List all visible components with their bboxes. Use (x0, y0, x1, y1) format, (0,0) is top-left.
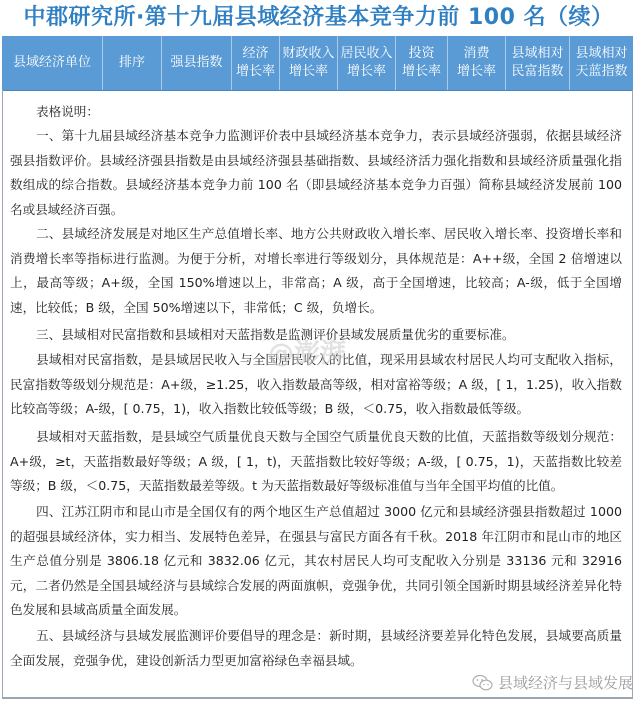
table-header-row: 县域经济单位 排序 强县指数 经济 增长率 财政收入 增长率 居民收入 增长率 … (2, 36, 633, 91)
note-text-3a: 县域相对民富指数，是县域居民收入与全国居民收入的比值，现采用县域农村居民人均可支… (10, 352, 622, 416)
col-header-fiscal-growth: 财政收入 增长率 (280, 36, 338, 90)
page-title: 中郡研究所·第十九届县域经济基本竞争力前 100 名（续） (0, 0, 637, 36)
col-header-wealth-index: 县域相对 民富指数 (506, 36, 570, 90)
note-paragraph-5: 五、县域经济与县域发展监测评价要倡导的理念是：新时期，县域经济要差异化特色发展，… (10, 624, 622, 673)
note-text-3: 三、县域相对民富指数和县域相对天蓝指数是监测评价县域发展质量优劣的重要标准。 (36, 327, 515, 342)
col-header-consumption-growth: 消费 增长率 (448, 36, 506, 90)
col-header-county-unit: 县域经济单位 (2, 36, 103, 90)
note-text-1: 一、第十九届县域经济基本竞争力监测评价表中县域经济基本竞争力，表示县域经济强弱，… (10, 128, 622, 217)
col-header-economic-growth: 经济 增长率 (232, 36, 280, 90)
col-header-bluesky-index: 县域相对 天蓝指数 (570, 36, 633, 90)
notes-heading: 表格说明： (10, 100, 622, 125)
col-header-income-growth: 居民收入 增长率 (338, 36, 396, 90)
col-header-rank: 排序 (103, 36, 162, 90)
note-text-3b: 县域相对天蓝指数，是县域空气质量优良天数与全国空气质量优良天数的比值，天蓝指数等… (10, 429, 622, 493)
note-paragraph-1: 一、第十九届县域经济基本竞争力监测评价表中县域经济基本竞争力，表示县域经济强弱，… (10, 124, 622, 222)
watermark-account-name: 县域经济与县域发展 (498, 672, 633, 693)
col-header-strong-county-index: 强县指数 (162, 36, 232, 90)
note-paragraph-4: 四、江苏江阴市和昆山市是全国仅有的两个地区生产总值超过 3000 亿元和县域经济… (10, 500, 622, 623)
note-paragraph-3b: 县域相对天蓝指数，是县域空气质量优良天数与全国空气质量优良天数的比值，天蓝指数等… (10, 425, 622, 499)
note-paragraph-2: 二、县域经济发展是对地区生产总值增长率、地方公共财政收入增长率、居民收入增长率、… (10, 222, 622, 320)
note-paragraph-3: 三、县域相对民富指数和县域相对天蓝指数是监测评价县域发展质量优劣的重要标准。 (10, 323, 622, 348)
note-text-4: 四、江苏江阴市和昆山市是全国仅有的两个地区生产总值超过 3000 亿元和县域经济… (10, 504, 622, 617)
note-paragraph-3a: 县域相对民富指数，是县域居民收入与全国居民收入的比值，现采用县域农村居民人均可支… (10, 348, 622, 422)
notes-heading-text: 表格说明： (36, 104, 99, 119)
watermark-bottom: 县域经济与县域发展 (472, 672, 633, 693)
note-text-2: 二、县域经济发展是对地区生产总值增长率、地方公共财政收入增长率、居民收入增长率、… (10, 226, 622, 315)
note-text-5: 五、县域经济与县域发展监测评价要倡导的理念是：新时期，县域经济要差异化特色发展，… (10, 628, 622, 668)
wechat-icon (472, 674, 494, 692)
col-header-investment-growth: 投资 增长率 (396, 36, 448, 90)
